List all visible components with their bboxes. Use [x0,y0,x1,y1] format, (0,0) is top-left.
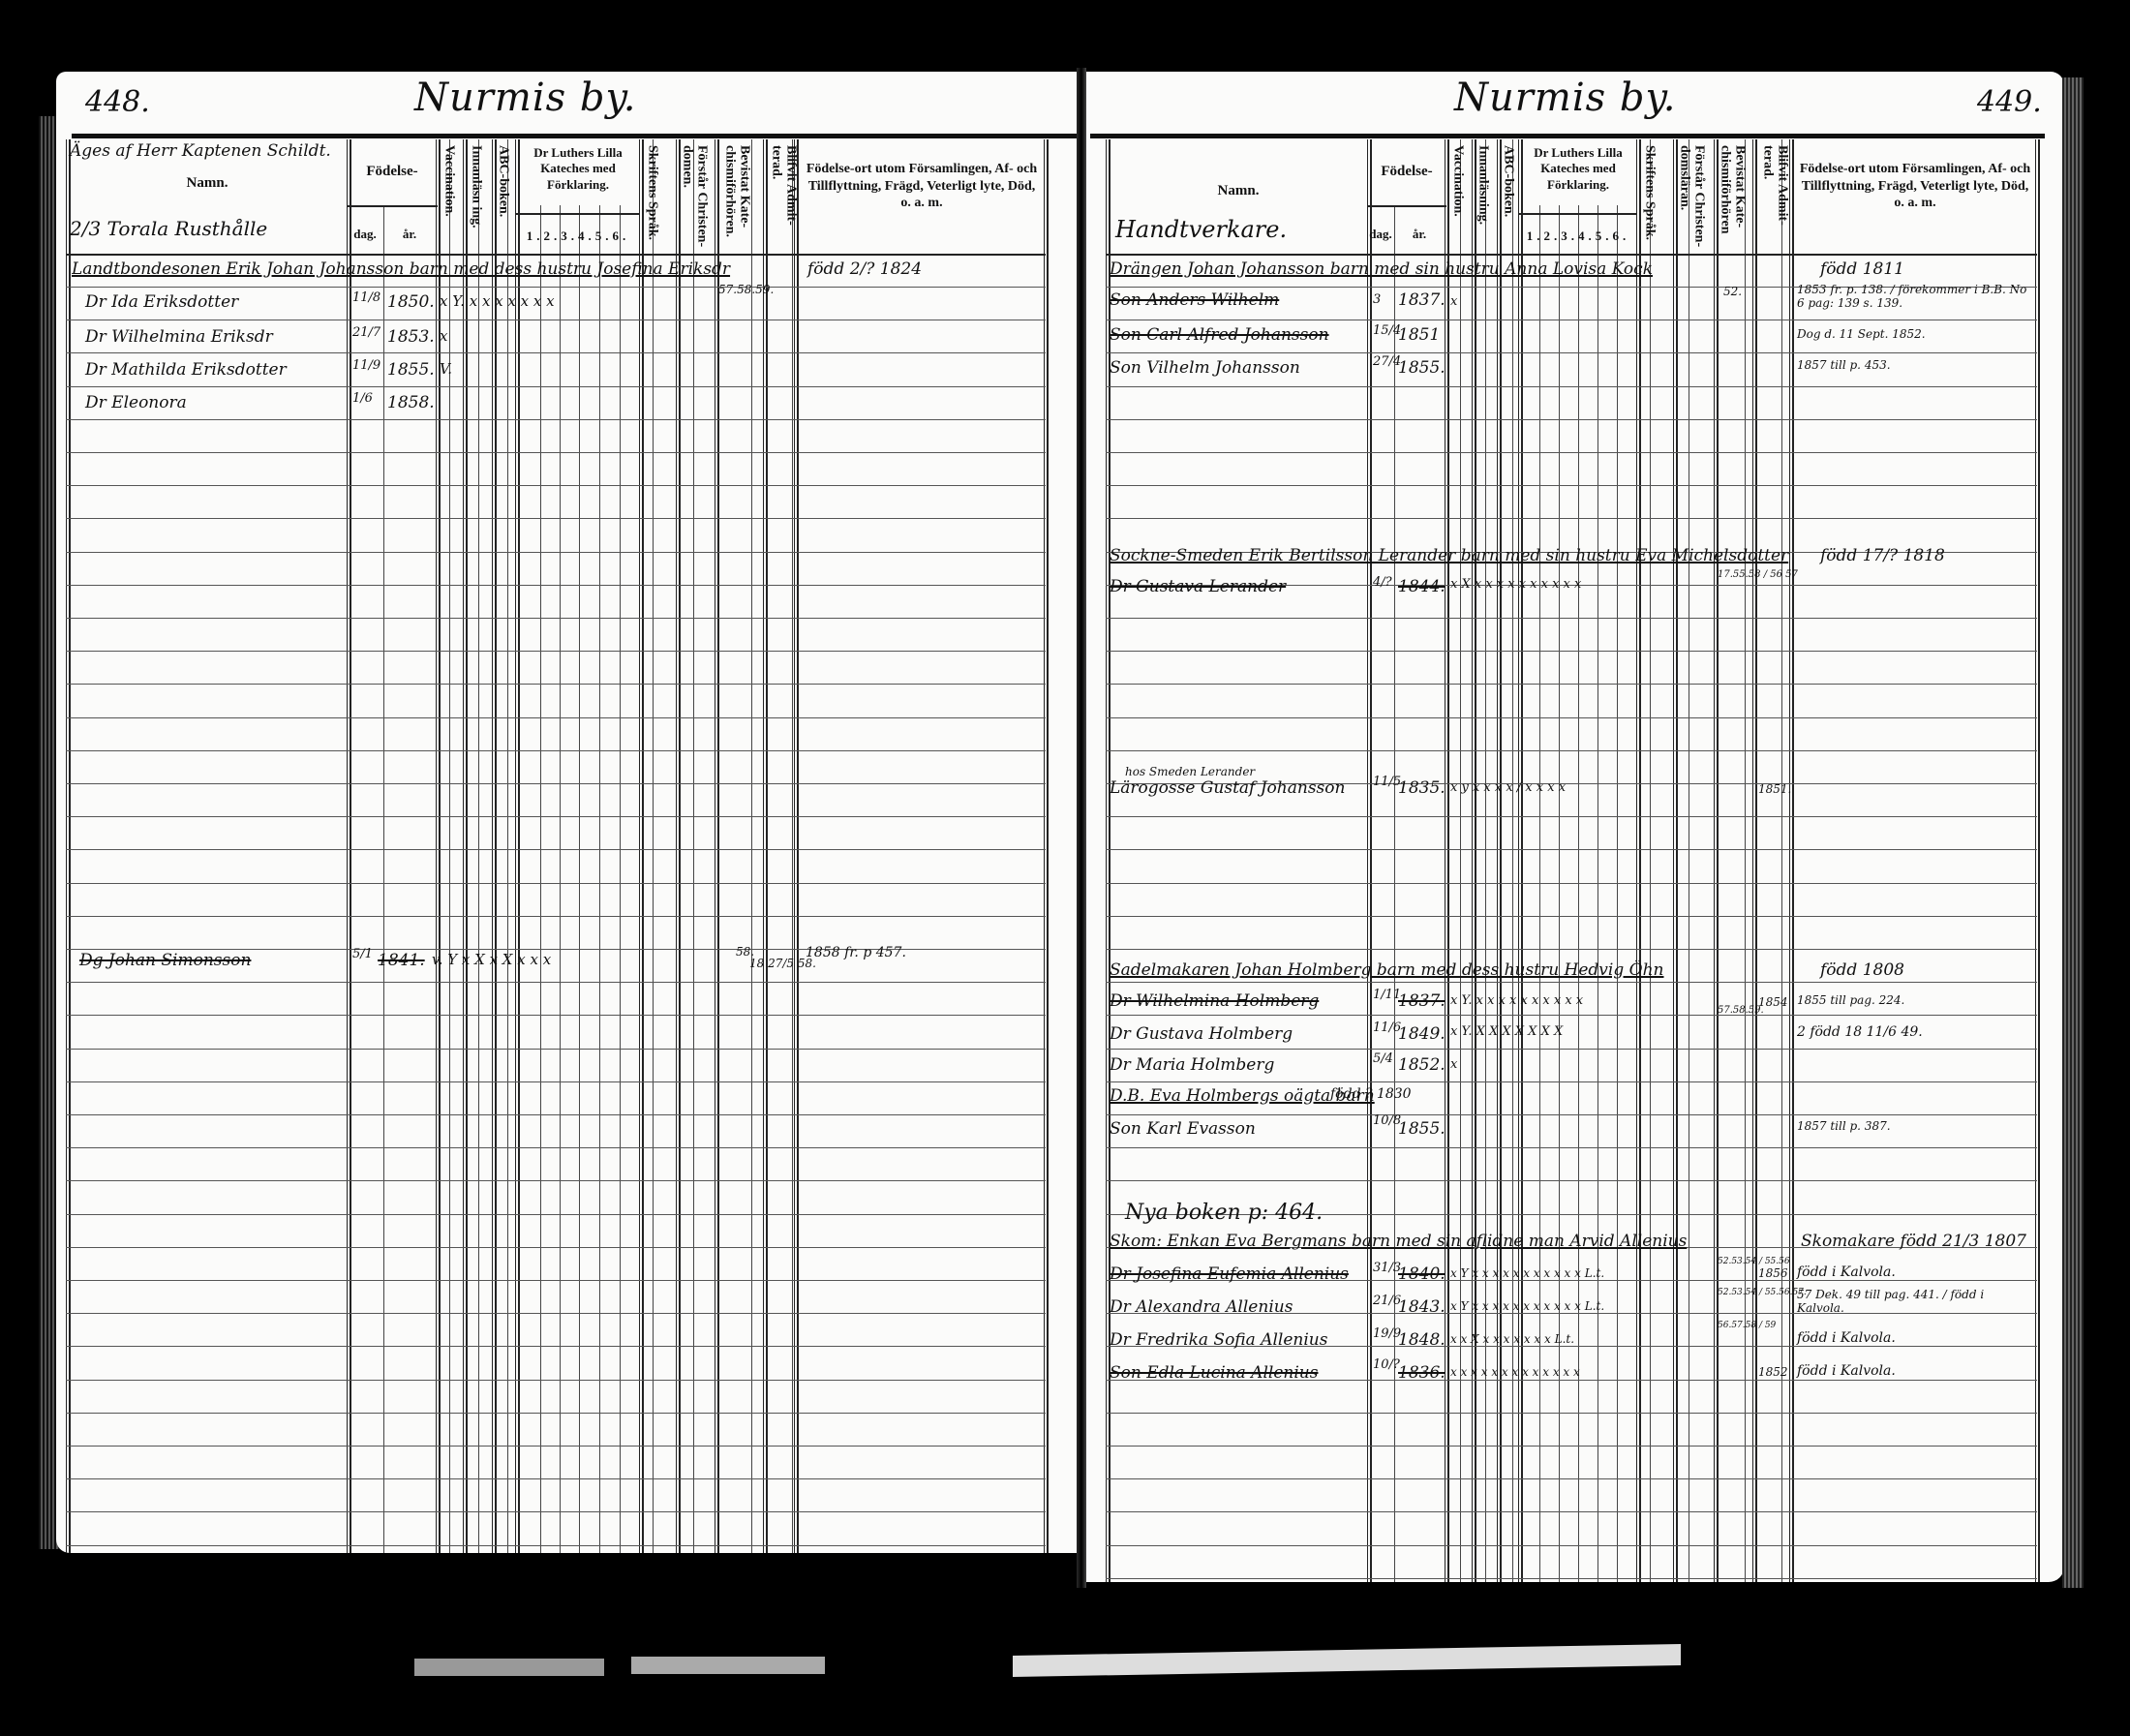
entry-dag: 4/? [1373,575,1392,590]
header-blifvit-admitterad: Blifvit Admit-terad. [1760,145,1788,250]
entry-ar: 1843. [1398,1297,1445,1317]
entry-remarks: född i Kalvola. [1797,1264,1896,1280]
entry-bevistat: 52.53.54 / 55.56.57. [1718,1288,1807,1297]
entry-marks: x Y x x x x x x x x x x x L.t. [1450,1299,1604,1313]
entry-dag: 1/11 [1373,988,1401,1002]
entry-name: Dr Alexandra Allenius [1110,1297,1293,1317]
entry-dag: 10/? [1373,1357,1400,1372]
entry-bevistat: 57.58.59. [718,283,774,296]
entry-dag: 1/6 [352,391,373,406]
entry-marks: V. [440,360,452,378]
entry-marks: x x x x x x x x x x x x x [1450,1365,1580,1379]
village-title: Nurmis by. [1454,76,1676,120]
village-title: Nurmis by. [414,76,636,120]
entry-remarks: född ? 1830 [1330,1086,1412,1102]
entry-bevistat: 17.55.58 / 56 57 [1718,569,1798,580]
header-dag: dag. [347,227,383,242]
household-head-entry: Drängen Johan Johansson barn med sin hus… [1110,259,1807,279]
entry-name: Dr Wilhelmina Eriksdr [85,327,273,347]
entry-remarks: född i Kalvola. [1797,1330,1896,1346]
entry-ar: 1836. [1398,1363,1445,1383]
entry-bevistat: 56.57.58 / 59 [1718,1321,1776,1330]
scan-strip [631,1657,825,1674]
header-skriftens-sprak: Skriftens Språk. [1642,145,1657,250]
entry-ar: 1855. [1398,358,1445,378]
header-fodelse: Födelse- [1367,163,1446,181]
entry-dag: 11/8 [352,290,380,305]
header-forstar-christendomslaran: Förstår Christen-domsläran. [1677,145,1705,250]
entry-remarks: född 2/? 1824 [807,259,922,279]
header-remarks: Födelse-ort utom Församlingen, Af- och T… [1797,161,2033,212]
entry-marks: x y x x x x / x x x x [1450,780,1566,795]
entry-ar: 1858. [387,393,435,412]
entry-name: Dr Eleonora [85,393,187,412]
entry-remarks: född 17/? 1818 [1820,546,1945,565]
entry-name: Lärogosse Gustaf Johansson [1110,778,1345,798]
entry-dag: 11/6 [1373,1020,1401,1035]
section-title: Handtverkare. [1115,215,1367,244]
entry-ar: 1849. [1398,1024,1445,1044]
header-namn: Namn. [1110,182,1367,200]
entry-marks: x X x x x x x x x x x x [1450,577,1581,592]
entry-name: Dr Wilhelmina Holmberg [1110,991,1319,1011]
entry-ar: 1855. [387,360,435,380]
entry-name: Son Karl Evasson [1110,1119,1256,1139]
entry-name: Dr Mathilda Eriksdotter [85,360,287,380]
entry-annotation: hos Smeden Lerander [1125,765,1255,778]
entry-dag: 5/4 [1373,1051,1393,1066]
entry-name: Son Edla Lucina Allenius [1110,1363,1318,1383]
entry-dag: 11/9 [352,358,380,373]
entry-dag: 3 [1373,292,1381,307]
scan-strip [1013,1644,1681,1677]
right-page: Nurmis by. 449. Namn. Handtverkare. F [1086,72,2064,1582]
owner-note: Äges af Herr Kaptenen Schildt. [70,141,345,162]
scan-strip [414,1659,604,1676]
entry-name: Dg Johan Simonsson [79,951,251,970]
top-rule [72,134,1077,138]
entry-remarks: 2 född 18 11/6 49. [1797,1024,1923,1040]
entry-name: Dr Josefina Eufemia Allenius [1110,1264,1349,1284]
cross-reference-note: Nya boken p: 464. [1125,1201,1323,1225]
entry-ar: 1848. [1398,1330,1445,1350]
header-ar: år. [383,227,436,242]
header-vaccination: Vaccination. [441,145,456,250]
entry-ar: 1837. [1398,290,1445,310]
entry-remarks: 1857 till p. 387. [1797,1119,1891,1133]
entry-name: Dr Maria Holmberg [1110,1055,1274,1075]
entry-ar: 1837. [1398,991,1445,1011]
entry-ar: 1844. [1398,577,1445,596]
header-luther-cols: 1.2.3.4.5.6. [1520,228,1636,244]
entry-marks: x [1450,1057,1457,1072]
left-page: 448. Nurmis by. Äges af Herr K [56,72,1082,1553]
entry-ar: 1853. [387,327,435,347]
section-title: 2/3 Torala Rusthålle [70,217,345,241]
entry-ar: 1835. [1398,778,1445,798]
entry-dag: 10/8 [1373,1113,1401,1128]
entry-ar: 1850. [387,292,435,312]
page-number: 449. [1977,85,2042,119]
entry-bevistat: 52. [1723,285,1742,298]
header-namn: Namn. [70,174,345,193]
header-innanlasning: Innanläsning. [1476,145,1490,250]
entry-name: Dr Fredrika Sofia Allenius [1110,1330,1327,1350]
entry-remarks: Dog d. 11 Sept. 1852. [1797,327,1926,341]
header-abc-boken: ABC-boken. [1501,145,1515,250]
entry-name: Dr Gustava Holmberg [1110,1024,1293,1044]
entry-name: Son Vilhelm Johansson [1110,358,1300,378]
register-grid: Äges af Herr Kaptenen Schildt. Namn. 2/3… [56,139,1082,1553]
entry-marks: x Y. X X X X X X X [1450,1024,1563,1039]
entry-dag: 5/1 [352,947,373,961]
entry-dag: 15/4 [1373,323,1401,338]
entry-ar: 1840. [1398,1264,1445,1284]
household-head-entry: Landtbondesonen Erik Johan Johansson bar… [72,259,807,279]
entry-marks: x Y. x x x x x x x [440,292,555,310]
entry-remarks: 1858 fr. p 457. [806,945,906,960]
entry-remarks: Skomakare född 21/3 1807 [1801,1232,2026,1251]
entry-marks: x [440,327,447,345]
header-abc-boken: ABC-boken. [496,145,510,250]
entry-name: Dr Gustava Lerander [1110,577,1286,596]
header-fodelse: Födelse- [347,163,438,181]
entry-bevistat: 57.58.59. [1718,1005,1764,1016]
household-head-entry: Sadelmakaren Johan Holmberg barn med des… [1110,960,1807,980]
entry-dag: 31/3 [1373,1261,1401,1275]
entry-ar: 1855. [1398,1119,1445,1139]
header-bevistat: Bevistat Kate-chismiförhören [1718,145,1746,250]
entry-remarks: 1857 till p. 453. [1797,358,1891,372]
entry-marks: x x X x x x x x x x L.t. [1450,1332,1574,1346]
top-rule [1090,134,2045,138]
entry-name: Dr Ida Eriksdotter [85,292,238,312]
entry-dag: 11/5 [1373,775,1401,789]
header-bevistat: Bevistat Kate-chismiförhören. [722,145,750,250]
header-remarks: Födelse-ort utom Församlingen, Af- och T… [804,161,1040,212]
entry-blifvit: 1852 [1758,1365,1788,1379]
entry-ar: 1841. [378,951,425,970]
entry-remarks: 1855 till pag. 224. [1797,993,1904,1007]
header-luther-cols: 1.2.3.4.5.6. [517,228,639,244]
entry-marks: x [1450,294,1457,309]
header-luther: Dr Luthers Lilla Kateches med Förklaring… [517,145,639,193]
header-innanlasning: Innanläsn ing. [469,145,483,250]
entry-remarks: 1853 fr. p. 138. / förekommer i B.B. No … [1797,283,2033,310]
entry-ar: 1852. [1398,1055,1445,1075]
header-dag: dag. [1367,227,1394,242]
entry-bevistat: 52.53.54 / 55.56 [1718,1257,1790,1266]
page-number: 448. [85,85,150,119]
header-luther: Dr Luthers Lilla Kateches med Förklaring… [1520,145,1636,193]
book-edge-right [2062,77,2084,1588]
entry-blifvit: 1856 [1758,1266,1788,1280]
entry-dag: 21/7 [352,325,380,340]
entry-remarks: född 1808 [1820,960,1904,980]
entry-dag: 21/6 [1373,1294,1401,1308]
entry-remarks: född 1811 [1820,259,1904,279]
household-head-entry: Skom: Enkan Eva Bergmans barn med sin af… [1110,1232,1807,1251]
header-ar: år. [1394,227,1445,242]
entry-blifvit: 1851. [1758,782,1791,796]
register-grid: Namn. Handtverkare. Födelse- dag. år. Va… [1086,139,2064,1582]
entry-marks: x Y. x x x x x x x x x x [1450,993,1583,1008]
header-blifvit-admitterad: Blifvit Admit-terad. [769,145,797,250]
entry-dag: 19/9 [1373,1326,1401,1341]
entry-ar: 1851 [1398,325,1440,345]
entry-remarks: 57 Dek. 49 till pag. 441. / född i Kalvo… [1797,1288,2033,1315]
entry-marks: v. Y x X x X x x x [432,951,551,968]
entry-name: Son Anders Wilhelm [1110,290,1279,310]
entry-dag: 27/4 [1373,354,1401,369]
book-spine [1077,68,1086,1588]
entry-marks: x Y x x x x x x x x x x x L.t. [1450,1266,1604,1280]
header-forstar-christendomen: Förstår Christen-domen. [680,145,708,250]
header-vaccination: Vaccination. [1450,145,1465,250]
household-head-entry: Sockne-Smeden Erik Bertilsson Lerander b… [1110,546,1807,565]
entry-remarks: född i Kalvola. [1797,1363,1896,1379]
entry-blifvit: 1854 [1758,995,1788,1009]
entry-name: Son Carl Alfred Johansson [1110,325,1329,345]
header-skriftens-sprak: Skriftens Språk. [645,145,659,250]
